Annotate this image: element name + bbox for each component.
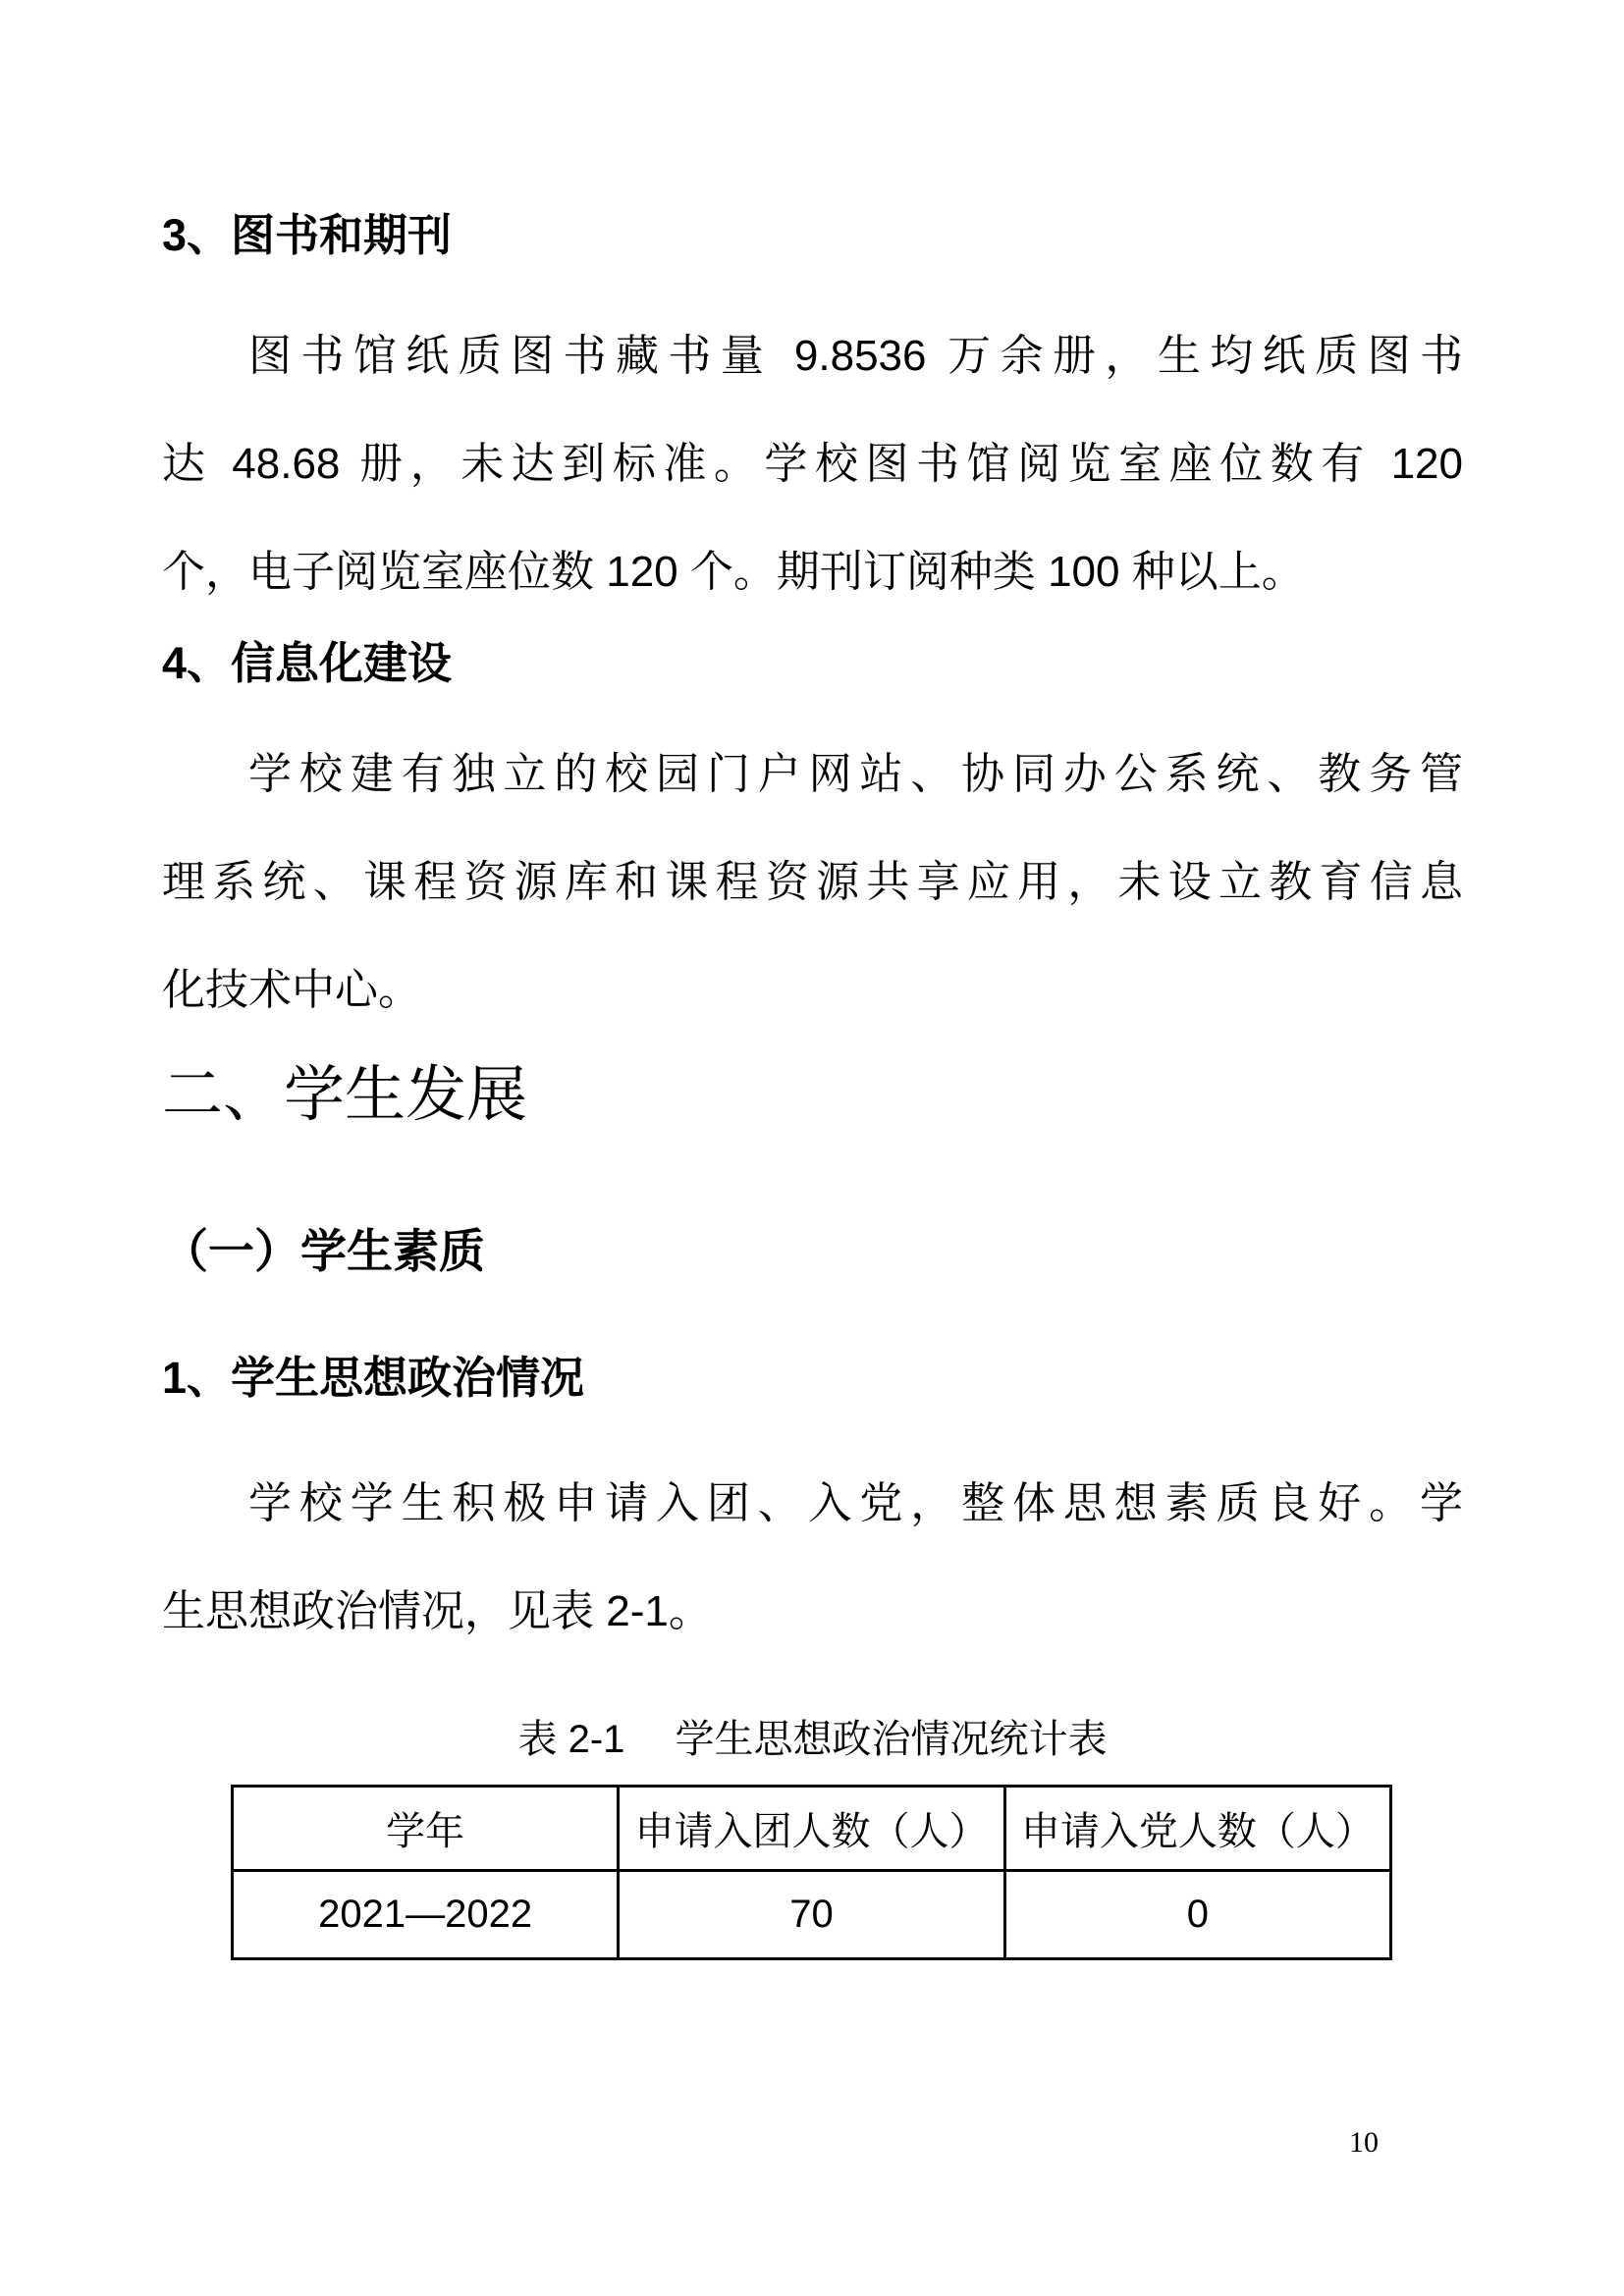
table-header-cell: 学年 — [233, 1787, 619, 1871]
table-cell: 70 — [619, 1871, 1004, 1959]
table-header-cell: 申请入党人数（人） — [1004, 1787, 1390, 1871]
document-page: 3、图书和期刊 图书馆纸质图书藏书量 9.8536 万余册，生均纸质图书达 48… — [0, 0, 1624, 2296]
table-header-cell: 申请入团人数（人） — [619, 1787, 1004, 1871]
paragraph-books: 图书馆纸质图书藏书量 9.8536 万余册，生均纸质图书达 48.68 册，未达… — [162, 302, 1463, 626]
table-cell: 2021—2022 — [233, 1871, 619, 1959]
table-row: 2021—2022700 — [233, 1871, 1391, 1959]
paragraph-line: 达 48.68 册，未达到标准。学校图书馆阅览室座位数有 120 — [162, 410, 1463, 518]
paragraph-political-status: 学校学生积极申请入团、入党，整体思想素质良好。学生思想政治情况，见表 2-1。 — [162, 1450, 1463, 1666]
paragraph-line: 理系统、课程资源库和课程资源共享应用，未设立教育信息 — [162, 828, 1463, 936]
paragraph-informatization: 学校建有独立的校园门户网站、协同办公系统、教务管理系统、课程资源库和课程资源共享… — [162, 721, 1463, 1044]
political-status-table: 学年申请入团人数（人）申请入党人数（人）2021—2022700 — [231, 1785, 1392, 1960]
paragraph-line: 个，电子阅览室座位数 120 个。期刊订阅种类 100 种以上。 — [162, 518, 1463, 626]
paragraph-line: 学校学生积极申请入团、入党，整体思想素质良好。学 — [162, 1450, 1463, 1558]
table-header-row: 学年申请入团人数（人）申请入党人数（人） — [233, 1787, 1391, 1871]
heading-books-periodicals: 3、图书和期刊 — [162, 208, 1463, 263]
heading-informatization: 4、信息化建设 — [162, 636, 1463, 691]
heading-student-development: 二、学生发展 — [162, 1056, 1463, 1135]
page-number: 10 — [1349, 2125, 1379, 2161]
heading-political-status: 1、学生思想政治情况 — [162, 1351, 1463, 1406]
paragraph-line: 图书馆纸质图书藏书量 9.8536 万余册，生均纸质图书 — [162, 302, 1463, 410]
paragraph-line: 学校建有独立的校园门户网站、协同办公系统、教务管 — [162, 721, 1463, 828]
paragraph-line: 化技术中心。 — [162, 936, 1463, 1044]
heading-student-quality: （一）学生素质 — [162, 1223, 1463, 1280]
table-caption: 表 2-1 学生思想政治情况统计表 — [162, 1715, 1463, 1764]
paragraph-line: 生思想政治情况，见表 2-1。 — [162, 1558, 1463, 1666]
table-cell: 0 — [1004, 1871, 1390, 1959]
